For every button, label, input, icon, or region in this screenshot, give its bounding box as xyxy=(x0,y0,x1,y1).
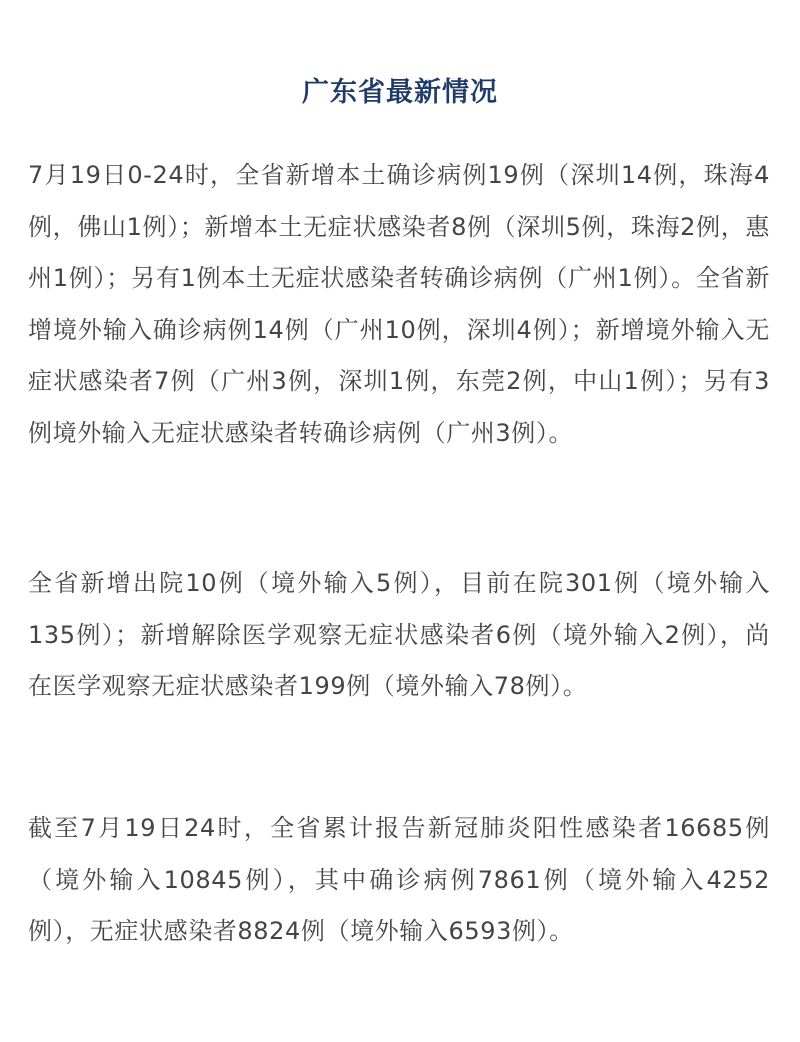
paragraph-new-cases: 7月19日0-24时，全省新增本土确诊病例19例（深圳14例，珠海4例，佛山1例… xyxy=(28,150,770,459)
page-title: 广东省最新情况 xyxy=(0,70,800,109)
paragraph-hospital-status: 全省新增出院10例（境外输入5例），目前在院301例（境外输入135例）；新增解… xyxy=(28,558,770,713)
paragraph-cumulative-totals: 截至7月19日24时，全省累计报告新冠肺炎阳性感染者16685例（境外输入108… xyxy=(28,803,770,958)
